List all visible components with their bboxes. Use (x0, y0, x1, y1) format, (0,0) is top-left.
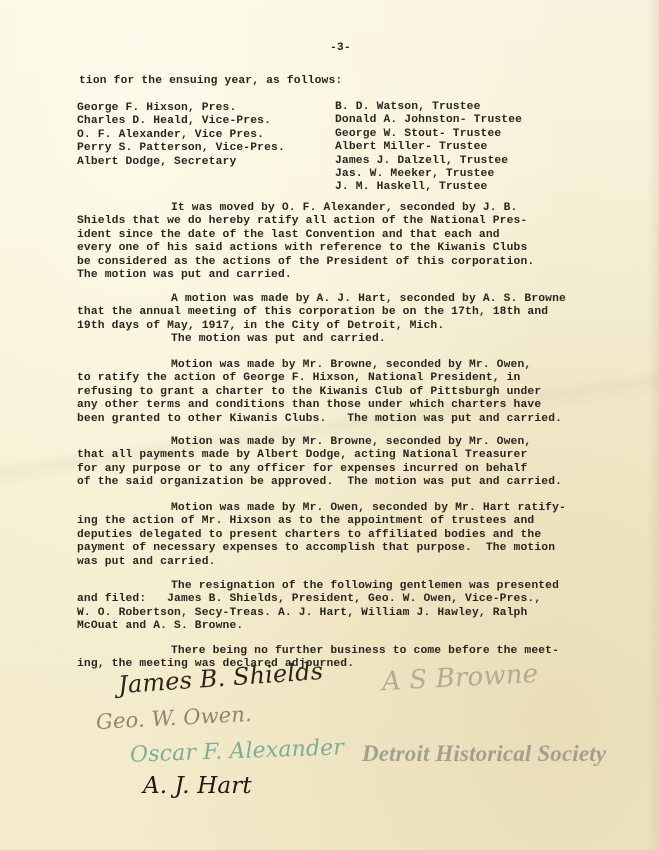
intro-line: tion for the ensuing year, as follows: (79, 75, 342, 88)
paragraph-line: McOuat and A. S. Browne. (77, 620, 637, 633)
paragraph-line: for any purpose or to any officer for ex… (77, 463, 637, 476)
paragraph-line: been granted to other Kiwanis Clubs. The… (77, 413, 637, 426)
paragraph-pittsburgh-charter: Motion was made by Mr. Browne, seconded … (77, 359, 637, 426)
paragraph-line: was put and carried. (77, 556, 637, 569)
paragraph-resignations: The resignation of the following gentlem… (77, 580, 637, 634)
officer-entry: O. F. Alexander, Vice Pres. (77, 129, 285, 142)
page-number: -3- (330, 42, 351, 55)
trustee-entry: B. D. Watson, Trustee (335, 101, 522, 114)
signature-oscar-alexander: Oscar F. Alexander (130, 741, 344, 762)
paragraph-annual-meeting: A motion was made by A. J. Hart, seconde… (77, 293, 637, 347)
paragraph-line: 19th days of May, 1917, in the City of D… (77, 320, 637, 333)
watermark: Detroit Historical Society (362, 747, 606, 760)
officers-list: George F. Hixson, Pres. Charles D. Heald… (77, 102, 285, 169)
paragraph-line: be considered as the actions of the Pres… (77, 256, 637, 269)
officer-entry: George F. Hixson, Pres. (77, 102, 285, 115)
paragraph-line: payment of necessary expenses to accompl… (77, 542, 637, 555)
paragraph-line: every one of his said actions with refer… (77, 242, 637, 255)
officer-entry: Albert Dodge, Secretary (77, 156, 285, 169)
paragraph-line: that all payments made by Albert Dodge, … (77, 449, 637, 462)
paragraph-line: W. O. Robertson, Secy-Treas. A. J. Hart,… (77, 607, 637, 620)
signature-as-browne: A S Browne (382, 668, 539, 690)
paragraph-line: ing the action of Mr. Hixson as to the a… (77, 515, 637, 528)
paragraph-ratify-president: It was moved by O. F. Alexander, seconde… (77, 202, 637, 282)
paragraph-line: ident since the date of the last Convent… (77, 229, 637, 242)
trustee-entry: Donald A. Johnston- Trustee (335, 114, 522, 127)
paragraph-line: The resignation of the following gentlem… (77, 580, 637, 593)
paragraph-line: There being no further business to come … (77, 645, 637, 658)
paragraph-line: The motion was put and carried. (77, 269, 637, 282)
paragraph-line: The motion was put and carried. (77, 333, 637, 346)
trustee-entry: J. M. Haskell, Trustee (335, 181, 522, 194)
trustee-entry: Jas. W. Meeker, Trustee (335, 168, 522, 181)
paragraph-line: Motion was made by Mr. Browne, seconded … (77, 359, 637, 372)
paragraph-line: to ratify the action of George F. Hixson… (77, 372, 637, 385)
signature-geo-owen: Geo. W. Owen. (96, 708, 252, 730)
trustee-entry: James J. Dalzell, Trustee (335, 155, 522, 168)
signature-james-shields: James B. Shields (118, 665, 324, 693)
paragraph-trustees-appointment: Motion was made by Mr. Owen, seconded by… (77, 502, 637, 569)
paragraph-line: deputies delegated to present charters t… (77, 529, 637, 542)
paragraph-line: of the said organization be approved. Th… (77, 476, 637, 489)
trustee-entry: Albert Miller- Trustee (335, 141, 522, 154)
paragraph-line: and filed: James B. Shields, President, … (77, 593, 637, 606)
paragraph-line: Motion was made by Mr. Owen, seconded by… (77, 502, 637, 515)
paragraph-line: any other terms and conditions than thos… (77, 399, 637, 412)
officer-entry: Perry S. Patterson, Vice-Pres. (77, 142, 285, 155)
trustee-entry: George W. Stout- Trustee (335, 128, 522, 141)
trustees-list: B. D. Watson, Trustee Donald A. Johnston… (335, 101, 522, 195)
page-edge-shadow (647, 0, 659, 850)
paragraph-line: that the annual meeting of this corporat… (77, 306, 637, 319)
officer-entry: Charles D. Heald, Vice-Pres. (77, 115, 285, 128)
signature-aj-hart: A. J. Hart (143, 780, 252, 793)
paragraph-line: Shields that we do hereby ratify all act… (77, 215, 637, 228)
paragraph-line: refusing to grant a charter to the Kiwan… (77, 386, 637, 399)
paragraph-line: It was moved by O. F. Alexander, seconde… (77, 202, 637, 215)
paragraph-line: Motion was made by Mr. Browne, seconded … (77, 436, 637, 449)
paragraph-line: A motion was made by A. J. Hart, seconde… (77, 293, 637, 306)
paragraph-payments-approved: Motion was made by Mr. Browne, seconded … (77, 436, 637, 490)
document-page: -3- tion for the ensuing year, as follow… (0, 0, 659, 850)
